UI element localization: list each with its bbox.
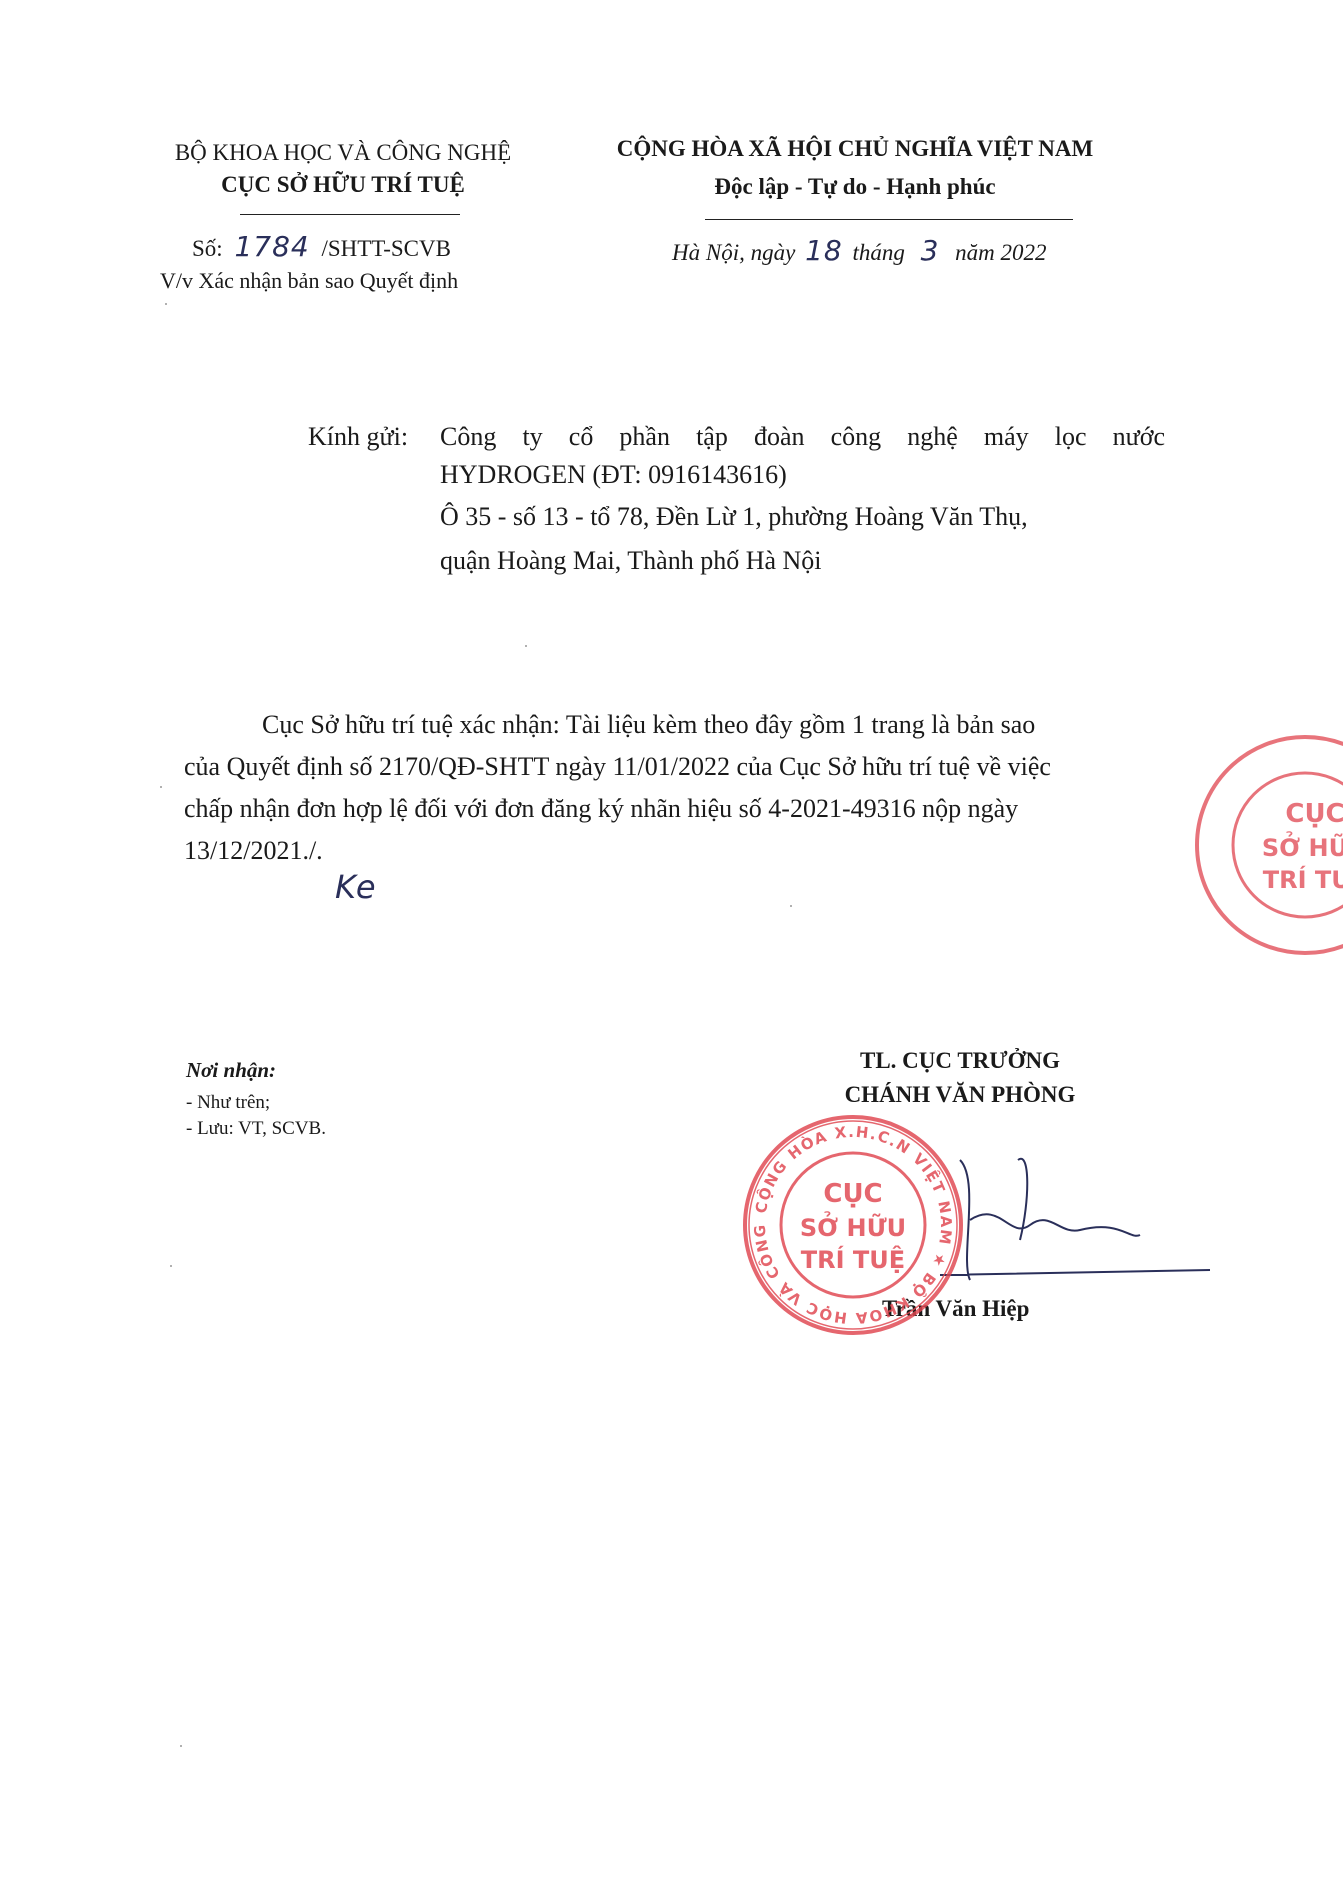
scan-speck	[180, 1745, 182, 1747]
country-name: CỘNG HÒA XÃ HỘI CHỦ NGHĨA VIỆT NAM	[570, 136, 1140, 162]
recipients-item-2: - Lưu: VT, SCVB.	[186, 1118, 326, 1140]
signature-title-2: CHÁNH VĂN PHÒNG	[800, 1082, 1120, 1108]
recipients-item-1: - Như trên;	[186, 1092, 270, 1114]
edge-stamp-center-2: SỞ HỮU	[1262, 829, 1343, 862]
edge-stamp-center-3: TRÍ TUỆ	[1263, 864, 1343, 894]
date-year: năm 2022	[955, 240, 1046, 265]
scan-speck	[525, 645, 527, 647]
body-line-2: của Quyết định số 2170/QĐ-SHTT ngày 11/0…	[184, 752, 1051, 782]
recipient-line-1: Công ty cổ phần tập đoàn công nghệ máy l…	[440, 422, 1165, 452]
recipients-title: Nơi nhận:	[186, 1058, 276, 1083]
stamp-center-3: TRÍ TUỆ	[801, 1244, 905, 1274]
national-motto: Độc lập - Tự do - Hạnh phúc	[570, 174, 1140, 200]
edge-stamp: CỤC SỞ HỮU TRÍ TUỆ	[1190, 730, 1343, 960]
date-day: 18	[805, 234, 843, 267]
recipient-line-4: quận Hoàng Mai, Thành phố Hà Nội	[440, 546, 822, 576]
signature-title-1: TL. CỤC TRƯỞNG	[800, 1048, 1120, 1074]
ministry-name: BỘ KHOA HỌC VÀ CÔNG NGHỆ	[138, 140, 548, 166]
document-number: Số: 1784 /SHTT-SCVB	[192, 230, 451, 263]
edge-stamp-clip: CỤC SỞ HỮU TRÍ TUỆ	[1190, 730, 1343, 960]
signature-scribble	[920, 1140, 1240, 1290]
scan-speck	[160, 786, 162, 788]
document-subject: V/v Xác nhận bản sao Quyết định	[160, 268, 458, 294]
scan-speck	[170, 1265, 172, 1267]
date-month-label: tháng	[852, 240, 904, 265]
department-underline	[240, 214, 460, 215]
scan-speck	[790, 905, 792, 907]
recipient-line-2: HYDROGEN (ĐT: 0916143616)	[440, 460, 787, 490]
date-prefix: Hà Nội, ngày	[672, 240, 795, 265]
number-label: Số:	[192, 236, 223, 261]
body-line-3: chấp nhận đơn hợp lệ đối với đơn đăng ký…	[184, 794, 1018, 824]
motto-underline	[705, 219, 1073, 220]
recipient-label: Kính gửi:	[308, 422, 408, 452]
date-month: 3	[921, 234, 940, 267]
official-stamp: CỘNG HÒA X.H.C.N VIỆT NAM ★ BỘ KHOA HỌC …	[738, 1110, 968, 1340]
body-line-1: Cục Sở hữu trí tuệ xác nhận: Tài liệu kè…	[262, 710, 1035, 740]
stamp-center-2: SỞ HỮU	[800, 1209, 906, 1242]
issue-date: Hà Nội, ngày 18 tháng 3 năm 2022	[672, 234, 1047, 267]
number-suffix: /SHTT-SCVB	[321, 236, 451, 261]
edge-stamp-center-1: CỤC	[1285, 799, 1343, 829]
stamp-center-1: CỤC	[823, 1179, 882, 1209]
department-name: CỤC SỞ HỮU TRÍ TUỆ	[138, 172, 548, 198]
handwritten-initials: Ke	[335, 868, 377, 906]
scan-speck	[165, 303, 167, 305]
body-line-4: 13/12/2021./.	[184, 836, 323, 866]
recipient-line-3: Ô 35 - số 13 - tổ 78, Đền Lừ 1, phường H…	[440, 502, 1028, 532]
number-handwritten: 1784	[234, 230, 309, 263]
